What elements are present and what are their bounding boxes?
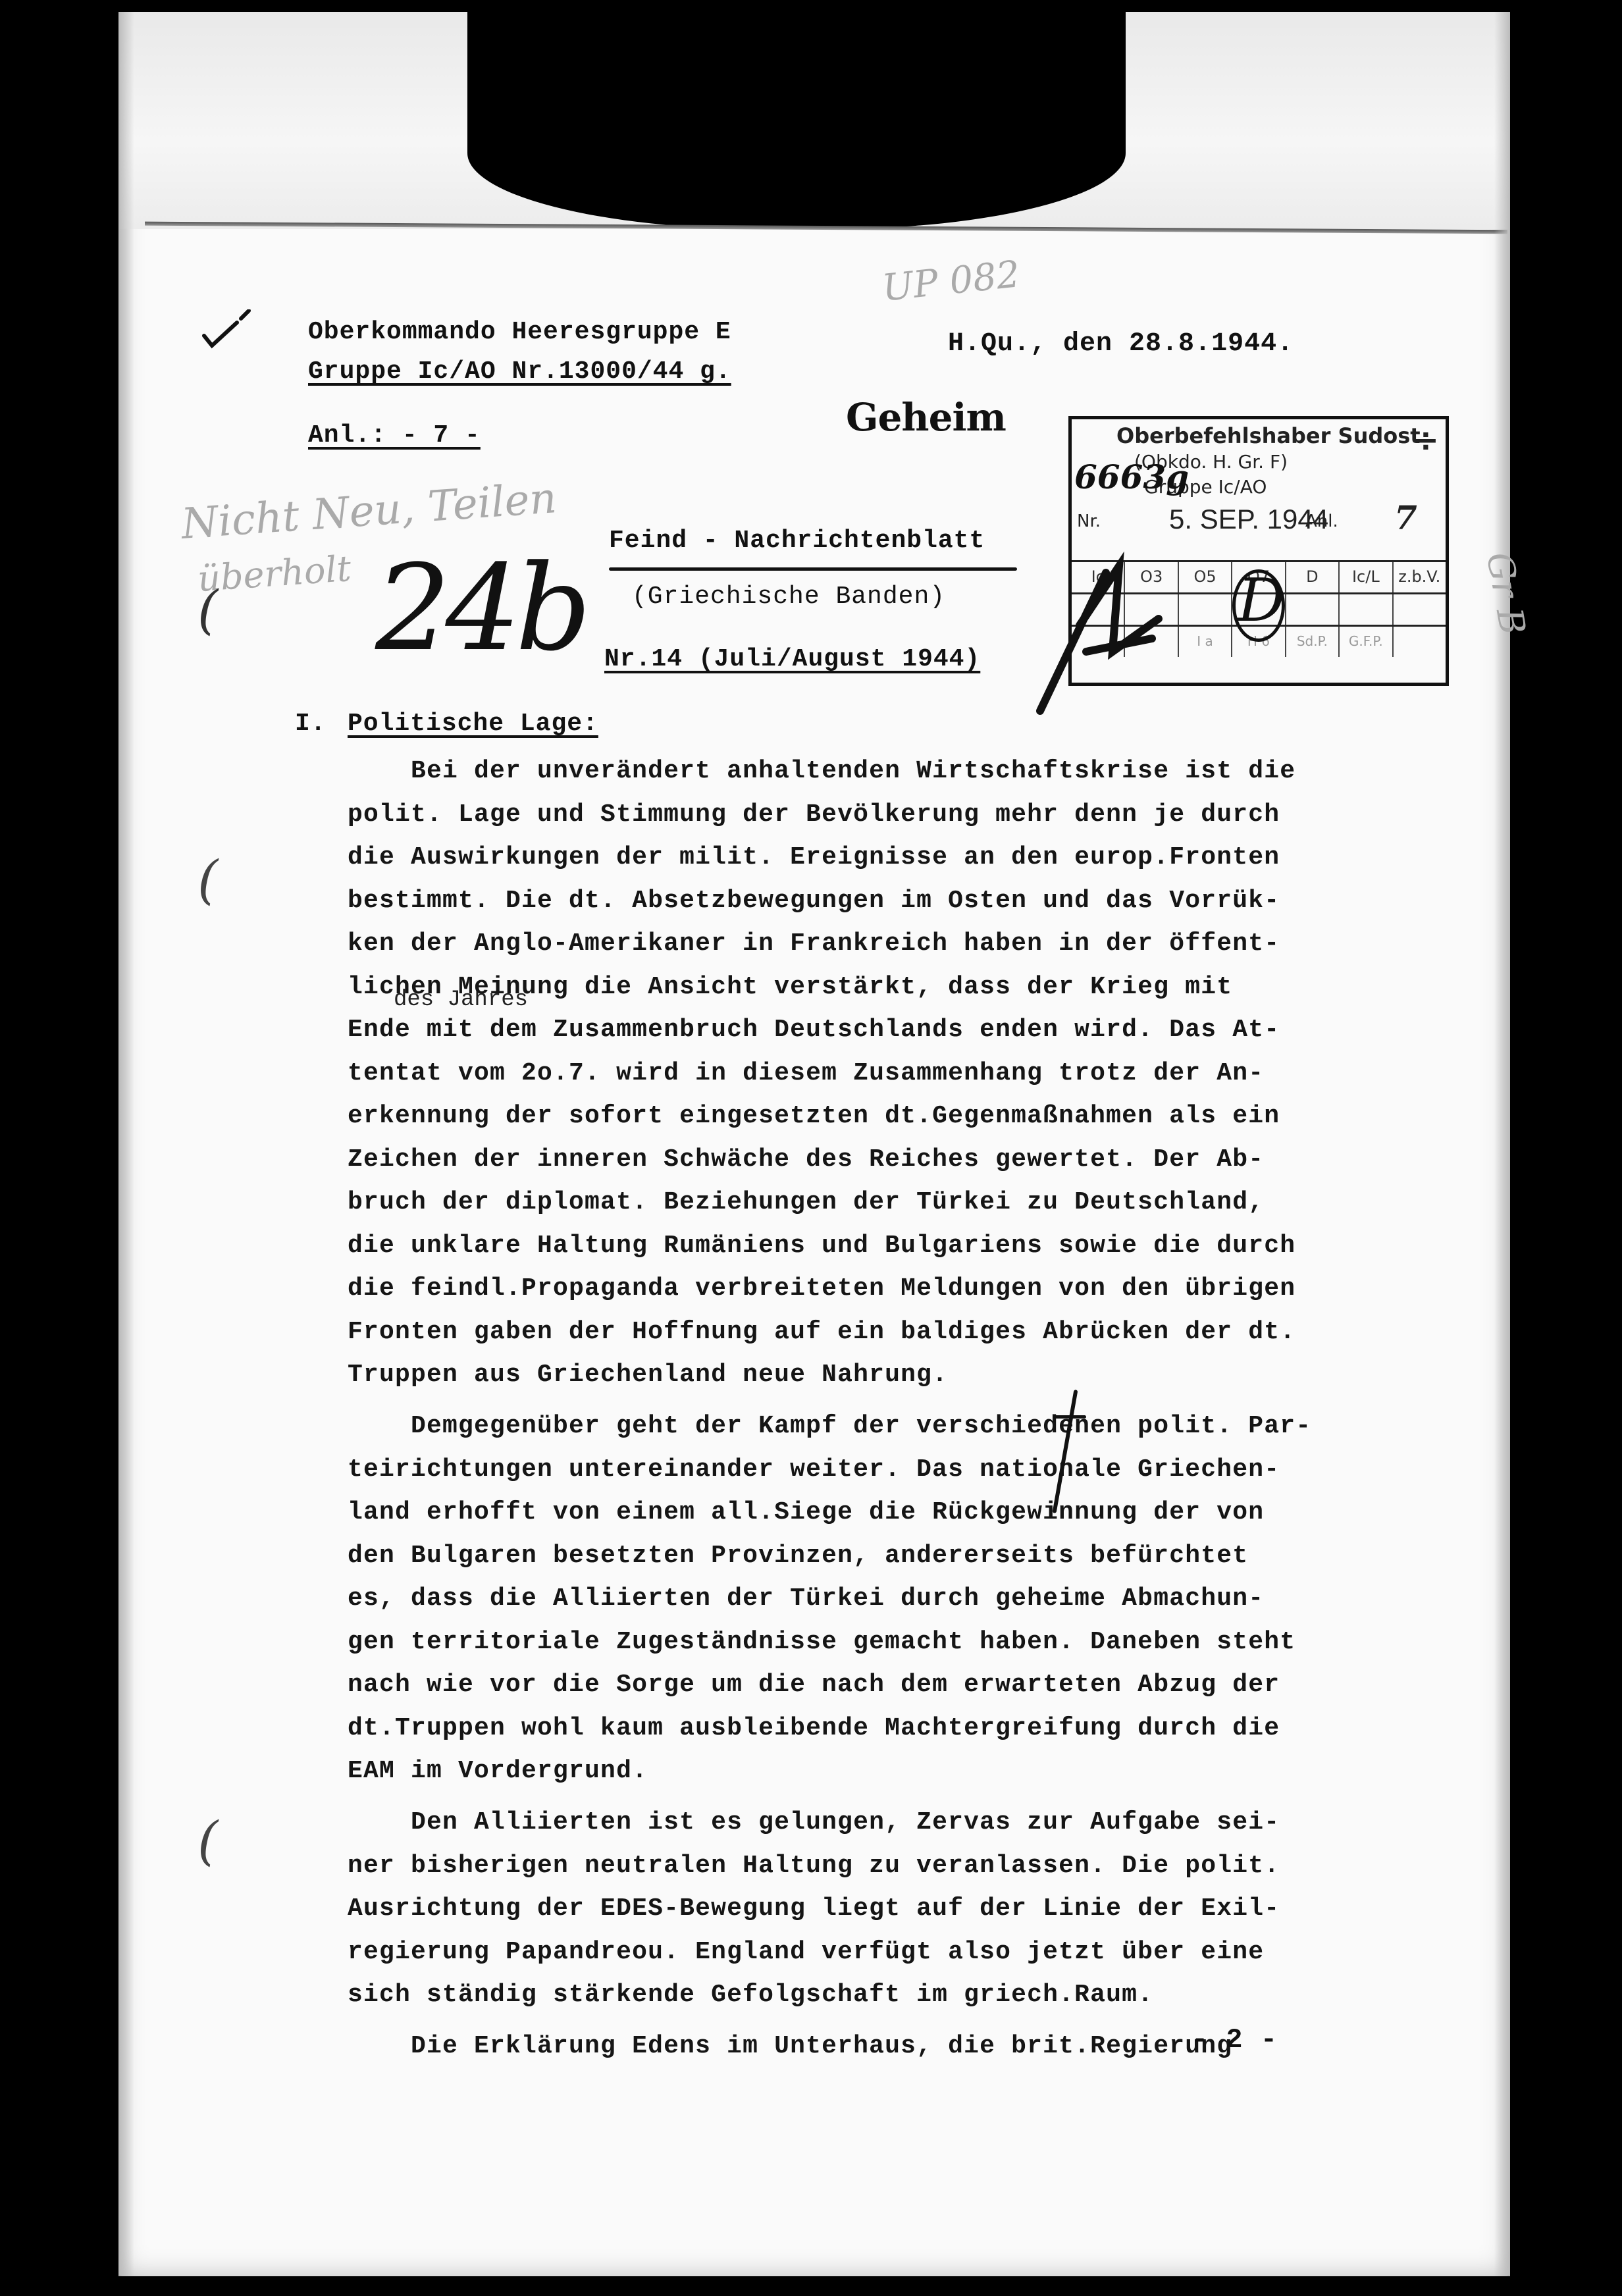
margin-bracket: ( <box>197 579 218 640</box>
body-line: den Bulgaren besetzten Provinzen, andere… <box>348 1542 1248 1570</box>
body-line: Zeichen der inneren Schwäche des Reiches… <box>348 1145 1264 1174</box>
body-line: dt.Truppen wohl kaum ausbleibende Machte… <box>348 1714 1280 1742</box>
body-line: lichen Meinung die Ansicht verstärkt, da… <box>348 973 1232 1001</box>
document-page <box>118 12 1510 2276</box>
sender-line-1: Oberkommando Heeresgruppe E <box>308 318 731 346</box>
initials-circle <box>1232 569 1285 642</box>
body-line: EAM im Vordergrund. <box>348 1757 648 1785</box>
stamp-line-1: Oberbefehlshaber Sudost <box>1116 423 1421 448</box>
body-line: die Auswirkungen der milit. Ereignisse a… <box>348 843 1280 872</box>
stamp-anl-label: Anl. <box>1305 511 1338 531</box>
stamp-nr-label: Nr. <box>1077 511 1101 531</box>
body-line: bruch der diplomat. Beziehungen der Türk… <box>348 1188 1264 1216</box>
handwritten-folio-number: 24b <box>375 540 586 677</box>
body-line: tentat vom 2o.7. wird in diesem Zusammen… <box>348 1059 1264 1087</box>
margin-bracket: ( <box>197 1810 218 1871</box>
body-line: bestimmt. Die dt. Absetzbewegungen im Os… <box>348 887 1280 915</box>
body-line: ken der Anglo-Amerikaner in Frankreich h… <box>348 929 1280 958</box>
body-line: polit. Lage und Stimmung der Bevölkerung… <box>348 800 1280 829</box>
body-line: Fronten gaben der Hoffnung auf ein baldi… <box>348 1318 1295 1346</box>
stamp-grid-cell: Ic/L <box>1340 562 1393 592</box>
body-line: die feindl.Propaganda verbreiteten Meldu… <box>348 1274 1295 1303</box>
left-edge-shadow <box>118 12 134 2276</box>
body-line: Truppen aus Griechenland neue Nahrung. <box>348 1361 948 1389</box>
stamp-anl-value: 7 <box>1394 498 1417 537</box>
body-line: die unklare Haltung Rumäniens und Bulgar… <box>348 1232 1295 1260</box>
correction-mark <box>1053 1415 1086 1419</box>
stamp-grid-cell <box>1340 594 1393 625</box>
body-line: Den Alliierten ist es gelungen, Zervas z… <box>348 1808 1280 1837</box>
signature-stroke <box>1027 546 1211 717</box>
body-line: gen territoriale Zugeständnisse gemacht … <box>348 1628 1295 1656</box>
stamp-grid-cell: Sd.P. <box>1286 627 1340 657</box>
page-number: - 2 - <box>1191 2024 1278 2056</box>
body-line: sich ständig stärkende Gefolgschaft im g… <box>348 1981 1153 2009</box>
stamp-handwritten-number: 6663g <box>1074 457 1189 496</box>
body-line: es, dass die Alliierten der Türkei durch… <box>348 1584 1264 1613</box>
body-line: nach wie vor die Sorge um die nach dem e… <box>348 1671 1280 1699</box>
attachments-label: Anl.: - 7 - <box>308 421 481 450</box>
attachments-text: Anl.: - 7 - <box>308 421 481 450</box>
place-date: H.Qu., den 28.8.1944. <box>948 329 1294 359</box>
title-underline <box>609 567 1017 571</box>
checkmark-icon <box>197 309 257 349</box>
title-line-3: Nr.14 (Juli/August 1944) <box>604 645 980 673</box>
section-number: I. <box>295 710 327 738</box>
body-line: Bei der unverändert anhaltenden Wirtscha… <box>348 757 1295 785</box>
title-line-2: (Griechische Banden) <box>632 583 945 611</box>
stamp-grid-cell <box>1394 627 1446 657</box>
stamp-grid-cell: z.b.V. <box>1394 562 1446 592</box>
stamp-grid-cell: D <box>1286 562 1340 592</box>
stamp-grid-cell <box>1394 594 1446 625</box>
body-line: Die Erklärung Edens im Unterhaus, die br… <box>348 2032 1232 2060</box>
body-line: Demgegenüber geht der Kampf der verschie… <box>348 1412 1311 1440</box>
section-heading: Politische Lage: <box>348 710 598 738</box>
body-line: Ausrichtung der EDES-Bewegung liegt auf … <box>348 1894 1280 1923</box>
body-line: erkennung der sofort eingesetzten dt.Geg… <box>348 1102 1280 1130</box>
stamp-grid-cell <box>1286 594 1340 625</box>
body-line: teirichtungen untereinander weiter. Das … <box>348 1455 1280 1484</box>
body-line: ner bisherigen neutralen Haltung zu vera… <box>348 1852 1280 1880</box>
margin-bracket: ( <box>197 849 218 910</box>
body-line: land erhofft von einem all.Siege die Rüc… <box>348 1498 1264 1526</box>
right-edge-shadow <box>1494 12 1510 2276</box>
stamp-grid-cell: G.F.P. <box>1340 627 1393 657</box>
classification-geheim: Geheim <box>846 395 1006 440</box>
body-line: regierung Papandreou. England verfügt al… <box>348 1938 1264 1966</box>
sender-reference: Gruppe Ic/AO Nr.13000/44 g. <box>308 357 731 386</box>
stamp-date: 5. SEP. 1944 <box>1169 504 1328 535</box>
title-line-1: Feind - Nachrichtenblatt <box>609 527 985 555</box>
torn-paper-hole <box>467 12 1126 229</box>
body-line: Ende mit dem Zusammenbruch Deutschlands … <box>348 1016 1280 1044</box>
stamp-mark: ÷ <box>1413 422 1439 459</box>
